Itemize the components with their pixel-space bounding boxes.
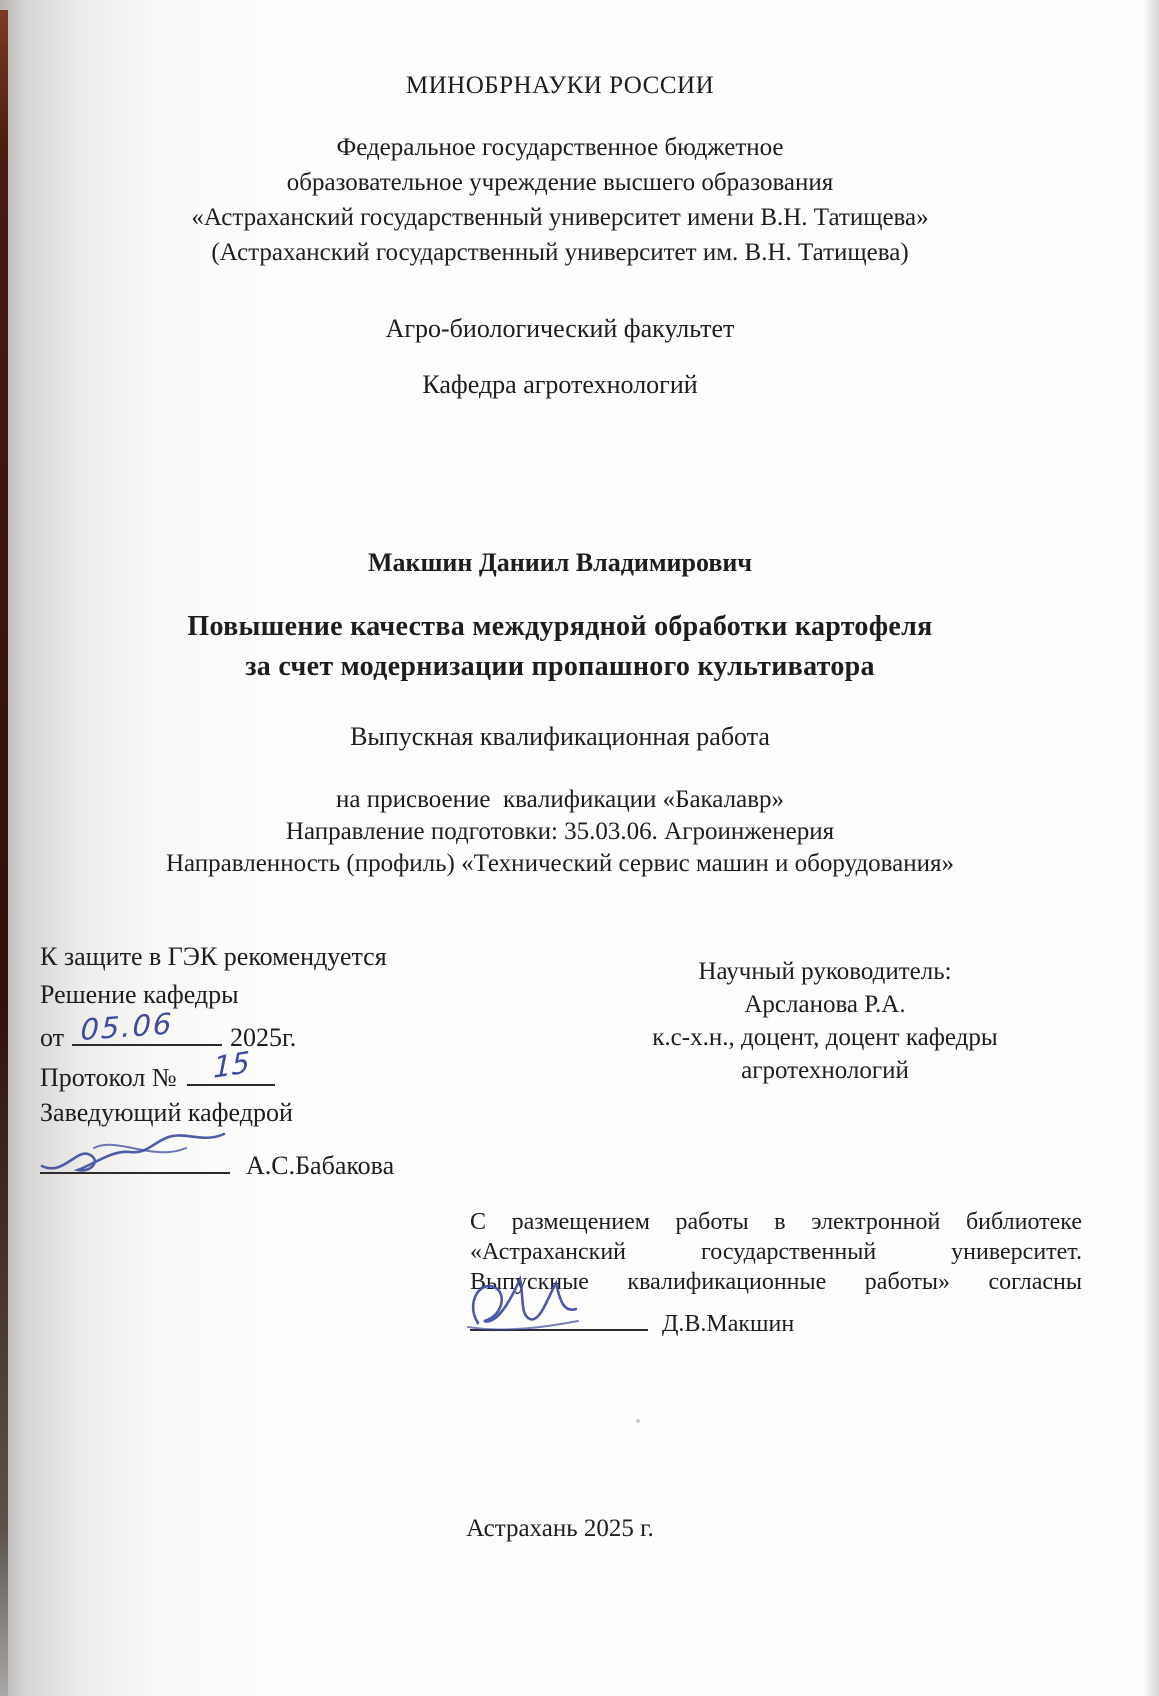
consent-signature-row: Д.В.Макшин xyxy=(470,1303,1082,1351)
head-signature-line xyxy=(40,1146,230,1174)
supervisor-degree: к.с-х.н., доцент, доцент кафедры xyxy=(585,1021,1065,1054)
head-name: А.С.Бабакова xyxy=(246,1151,394,1180)
thesis-title: Повышение качества междурядной обработки… xyxy=(40,607,1080,687)
consent-signer-name: Д.В.Макшин xyxy=(662,1311,794,1337)
handwritten-date: 05.06 xyxy=(80,1006,174,1047)
scanned-title-page: МИНОБРНАУКИ РОССИИ Федеральное государст… xyxy=(0,0,1159,1696)
scan-right-shadow xyxy=(1143,0,1159,1696)
consent-line: С размещением работы в электронной библи… xyxy=(470,1207,1082,1237)
approval-block: К защите в ГЭК рекомендуется Решение каф… xyxy=(40,942,470,1194)
thesis-title-line: за счет модернизации пропашного культива… xyxy=(40,647,1080,687)
supervisor-chair: агротехнологий xyxy=(585,1054,1065,1087)
author-name: Макшин Даниил Владимирович xyxy=(40,548,1080,578)
protocol-label: Протокол № xyxy=(40,1063,177,1092)
date-label: от xyxy=(40,1023,64,1052)
qualification-info: на присвоение квалификации «Бакалавр» На… xyxy=(40,784,1080,880)
study-direction-line: Направление подготовки: 35.03.06. Агроин… xyxy=(40,816,1080,848)
study-profile-line: Направленность (профиль) «Технический се… xyxy=(40,848,1080,880)
faculty-name: Агро-биологический факультет xyxy=(40,314,1080,344)
handwritten-protocol-number: 15 xyxy=(213,1045,250,1085)
institution-line: «Астраханский государственный университе… xyxy=(40,200,1080,235)
scan-binding-strip xyxy=(0,10,8,1696)
date-underline: 05.06 xyxy=(72,1018,222,1046)
institution-line: образовательное учреждение высшего образ… xyxy=(40,165,1080,200)
head-signature-row: А.С.Бабакова xyxy=(40,1146,470,1194)
head-signature xyxy=(32,1120,242,1180)
author-signature xyxy=(462,1267,652,1337)
institution-line: Федеральное государственное бюджетное xyxy=(40,130,1080,165)
supervisor-block: Научный руководитель: Арсланова Р.А. к.с… xyxy=(585,955,1065,1087)
consent-block: С размещением работы в электронной библи… xyxy=(470,1207,1082,1351)
department-name: Кафедра агротехнологий xyxy=(40,370,1080,400)
consent-signature-line xyxy=(470,1303,648,1331)
protocol-row: Протокол №15 xyxy=(40,1058,470,1098)
protocol-underline: 15 xyxy=(187,1058,275,1086)
work-type: Выпускная квалификационная работа xyxy=(40,722,1080,752)
page-content: МИНОБРНАУКИ РОССИИ Федеральное государст… xyxy=(40,0,1080,1696)
qualification-award-line: на присвоение квалификации «Бакалавр» xyxy=(40,784,1080,816)
thesis-title-line: Повышение качества междурядной обработки… xyxy=(40,607,1080,647)
approval-recommendation: К защите в ГЭК рекомендуется xyxy=(40,942,470,980)
institution-line: (Астраханский государственный университе… xyxy=(40,235,1080,270)
approval-date-row: от05.062025г. xyxy=(40,1018,470,1058)
footer-city-year: Астрахань 2025 г. xyxy=(40,1515,1080,1543)
institution-name: Федеральное государственное бюджетное об… xyxy=(40,130,1080,270)
supervisor-name: Арсланова Р.А. xyxy=(585,988,1065,1021)
consent-line: «Астраханский государственный университе… xyxy=(470,1237,1082,1267)
ministry-heading: МИНОБРНАУКИ РОССИИ xyxy=(40,72,1080,100)
supervisor-label: Научный руководитель: xyxy=(585,955,1065,988)
